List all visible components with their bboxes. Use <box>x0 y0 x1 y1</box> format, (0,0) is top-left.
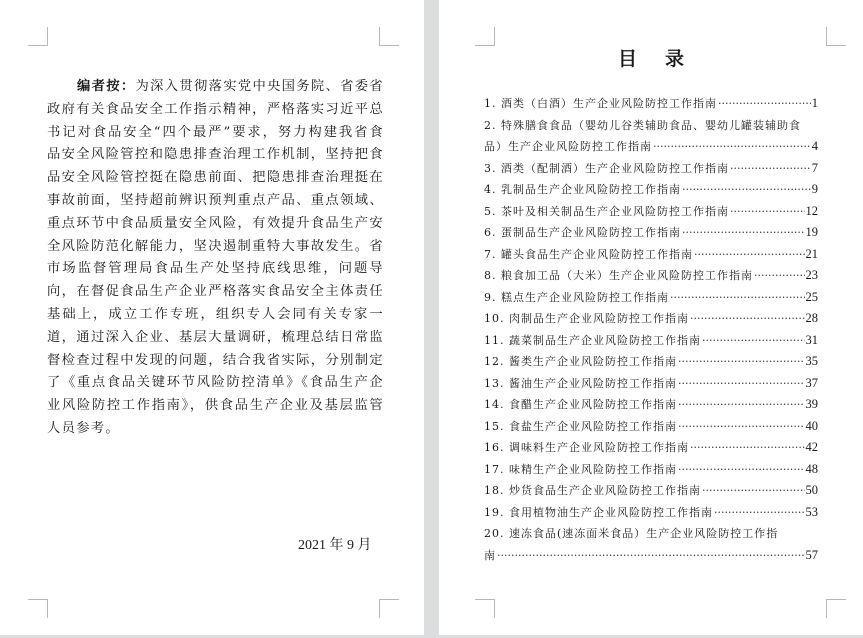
toc-page-number: 53 <box>806 502 819 524</box>
toc-entry[interactable]: 14. 食醋生产企业风险防控工作指南39 <box>484 394 818 416</box>
toc-entry[interactable]: 8. 粮食加工品（大米）生产企业风险防控工作指南23 <box>484 265 818 287</box>
toc-entry-label-continued: 品）生产企业风险防控工作指南 <box>484 136 652 158</box>
toc-entry[interactable]: 4. 乳制品生产企业风险防控工作指南9 <box>484 179 818 201</box>
toc-entry[interactable]: 6. 蛋制品生产企业风险防控工作指南19 <box>484 222 818 244</box>
toc-title: 目录 <box>439 44 863 71</box>
toc-entry[interactable]: 19. 食用植物油生产企业风险防控工作指南53 <box>484 502 818 524</box>
toc-entry[interactable]: 16. 调味料生产企业风险防控工作指南42 <box>484 437 818 459</box>
toc-entry[interactable]: 5. 茶叶及相关制品生产企业风险防控工作指南12 <box>484 201 818 223</box>
toc-entry-label-continued: 南 <box>484 545 496 567</box>
toc-entry-label: 8. 粮食加工品（大米）生产企业风险防控工作指南 <box>484 265 753 287</box>
toc-entry-label: 2. 特殊膳食食品（婴幼儿谷类辅助食品、婴幼儿罐装辅助食 <box>484 115 818 137</box>
toc-entry[interactable]: 7. 罐头食品生产企业风险防控工作指南21 <box>484 244 818 266</box>
toc-page-number: 57 <box>806 545 819 567</box>
toc-entry-label: 5. 茶叶及相关制品生产企业风险防控工作指南 <box>484 201 729 223</box>
toc-leader-dots <box>678 373 805 395</box>
toc-page-number: 50 <box>806 480 819 502</box>
toc-entry[interactable]: 15. 食盐生产企业风险防控工作指南40 <box>484 416 818 438</box>
toc-entry-label: 6. 蛋制品生产企业风险防控工作指南 <box>484 222 681 244</box>
publication-date: 2021 年 9 月 <box>298 534 372 554</box>
page-corner-mark <box>379 27 399 46</box>
toc-leader-dots <box>497 545 805 567</box>
toc-leader-dots <box>730 201 805 223</box>
toc-page-number: 31 <box>806 330 819 352</box>
toc-entry[interactable]: 3. 酒类（配制酒）生产企业风险防控工作指南7 <box>484 158 818 180</box>
toc-entry-label: 15. 食盐生产企业风险防控工作指南 <box>484 416 677 438</box>
toc-page-number: 48 <box>806 459 819 481</box>
toc-entry[interactable]: 2. 特殊膳食食品（婴幼儿谷类辅助食品、婴幼儿罐装辅助食品）生产企业风险防控工作… <box>484 115 818 158</box>
editor-note-body: 为深入贯彻落实党中央国务院、省委省政府有关食品安全工作指示精神，严格落实习近平总… <box>47 79 384 436</box>
toc-entry[interactable]: 10. 肉制品生产企业风险防控工作指南28 <box>484 308 818 330</box>
page-corner-mark <box>826 599 846 618</box>
toc-entry[interactable]: 18. 炒货食品生产企业风险防控工作指南50 <box>484 480 818 502</box>
toc-leader-dots <box>754 265 805 287</box>
toc-page-number: 23 <box>806 265 819 287</box>
toc-leader-dots <box>702 480 805 502</box>
toc-entry-label: 7. 罐头食品生产企业风险防控工作指南 <box>484 244 693 266</box>
toc-entry-label: 17. 味精生产企业风险防控工作指南 <box>484 459 677 481</box>
toc-entry-label: 3. 酒类（配制酒）生产企业风险防控工作指南 <box>484 158 729 180</box>
toc-entry-label: 9. 糕点生产企业风险防控工作指南 <box>484 287 669 309</box>
toc-entry-label: 10. 肉制品生产企业风险防控工作指南 <box>484 308 689 330</box>
toc-entry-label: 11. 蔬菜制品生产企业风险防控工作指南 <box>484 330 701 352</box>
toc-leader-dots <box>678 394 805 416</box>
toc-entry-label: 4. 乳制品生产企业风险防控工作指南 <box>484 179 681 201</box>
page-corner-mark <box>475 599 495 618</box>
toc-page-number: 28 <box>806 308 819 330</box>
toc-leader-dots <box>694 244 805 266</box>
toc-entry-label: 1. 酒类（白酒）生产企业风险防控工作指南 <box>484 93 717 115</box>
toc-entry[interactable]: 9. 糕点生产企业风险防控工作指南25 <box>484 287 818 309</box>
toc-entry[interactable]: 11. 蔬菜制品生产企业风险防控工作指南31 <box>484 330 818 352</box>
toc-page-number: 19 <box>806 222 819 244</box>
toc-page-number: 35 <box>806 351 819 373</box>
toc-entry-label: 16. 调味料生产企业风险防控工作指南 <box>484 437 689 459</box>
toc-page-number: 37 <box>806 373 819 395</box>
toc-entry-label: 13. 酱油生产企业风险防控工作指南 <box>484 373 677 395</box>
toc-leader-dots <box>690 308 805 330</box>
toc-entry-label: 19. 食用植物油生产企业风险防控工作指南 <box>484 502 713 524</box>
toc-leader-dots <box>714 502 805 524</box>
toc-entry-label: 14. 食醋生产企业风险防控工作指南 <box>484 394 677 416</box>
toc-leader-dots <box>682 222 805 244</box>
toc-entry[interactable]: 12. 酱类生产企业风险防控工作指南35 <box>484 351 818 373</box>
toc-page-number: 1 <box>812 93 818 115</box>
page-corner-mark <box>379 599 399 618</box>
toc-page-number: 25 <box>806 287 819 309</box>
table-of-contents: 1. 酒类（白酒）生产企业风险防控工作指南12. 特殊膳食食品（婴幼儿谷类辅助食… <box>484 93 818 566</box>
toc-entry-label: 20. 速冻食品(速冻面米食品）生产企业风险防控工作指 <box>484 523 818 545</box>
toc-entry-label: 12. 酱类生产企业风险防控工作指南 <box>484 351 677 373</box>
toc-leader-dots <box>718 93 811 115</box>
toc-entry[interactable]: 17. 味精生产企业风险防控工作指南48 <box>484 459 818 481</box>
toc-leader-dots <box>682 179 811 201</box>
toc-entry-label: 18. 炒货食品生产企业风险防控工作指南 <box>484 480 701 502</box>
toc-page-number: 9 <box>812 179 818 201</box>
toc-entry[interactable]: 13. 酱油生产企业风险防控工作指南37 <box>484 373 818 395</box>
editor-note-label: 编者按： <box>77 79 136 94</box>
toc-page-number: 7 <box>812 158 818 180</box>
document-page-left: 编者按：为深入贯彻落实党中央国务院、省委省政府有关食品安全工作指示精神，严格落实… <box>0 0 424 635</box>
toc-leader-dots <box>678 459 805 481</box>
toc-leader-dots <box>730 158 811 180</box>
toc-leader-dots <box>702 330 805 352</box>
toc-leader-dots <box>690 437 805 459</box>
page-corner-mark <box>28 599 48 618</box>
toc-leader-dots <box>678 351 805 373</box>
toc-leader-dots <box>678 416 805 438</box>
toc-entry[interactable]: 20. 速冻食品(速冻面米食品）生产企业风险防控工作指南57 <box>484 523 818 566</box>
toc-leader-dots <box>670 287 805 309</box>
toc-page-number: 40 <box>806 416 819 438</box>
toc-page-number: 21 <box>806 244 819 266</box>
toc-page-number: 4 <box>812 136 818 158</box>
toc-leader-dots <box>653 136 811 158</box>
toc-page-number: 12 <box>806 201 819 223</box>
toc-page-number: 42 <box>806 437 819 459</box>
toc-entry[interactable]: 1. 酒类（白酒）生产企业风险防控工作指南1 <box>484 93 818 115</box>
toc-page-number: 39 <box>806 394 819 416</box>
page-corner-mark <box>28 27 48 46</box>
editor-note: 编者按：为深入贯彻落实党中央国务院、省委省政府有关食品安全工作指示精神，严格落实… <box>47 76 384 441</box>
